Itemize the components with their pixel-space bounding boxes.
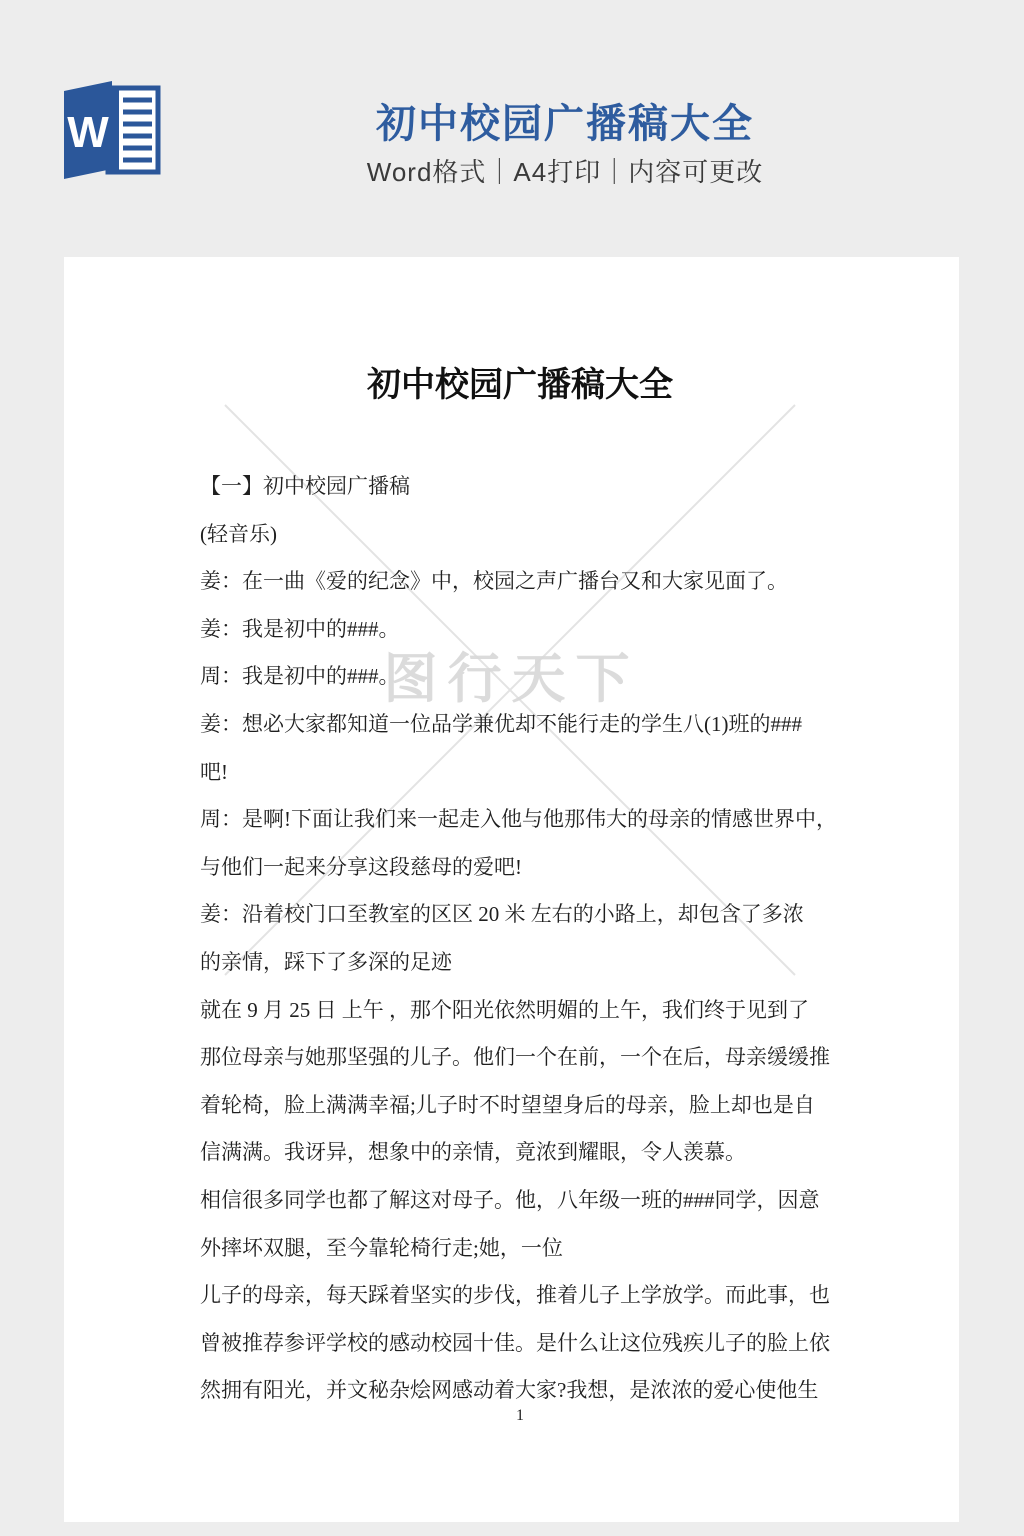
word-icon: W [62, 80, 162, 180]
body-line: 信满满。我讶异，想象中的亲情，竟浓到耀眼，令人羡慕。 [200, 1129, 844, 1177]
body-line: 姜：我是初中的###。 [200, 606, 844, 654]
body-line: 相信很多同学也都了解这对母子。他，八年级一班的###同学，因意 [200, 1177, 844, 1225]
screen: W 初中校园广播稿大全 Word格式｜A4打印｜内容可更改 图行天下 初中校园广… [0, 0, 1024, 1536]
body-line: 那位母亲与她那坚强的儿子。他们一个在前，一个在后，母亲缓缓推 [200, 1034, 844, 1082]
body-line: 姜：沿着校门口至教室的区区 20 米 左右的小路上，却包含了多浓 [200, 891, 844, 939]
body-line: (轻音乐) [200, 511, 844, 559]
body-line: 着轮椅，脸上满满幸福;儿子时不时望望身后的母亲，脸上却也是自 [200, 1082, 844, 1130]
body-line: 就在 9 月 25 日 上午 ，那个阳光依然明媚的上午，我们终于见到了 [200, 987, 844, 1035]
page-number: 1 [200, 1407, 840, 1425]
header-title: 初中校园广播稿大全 [165, 92, 965, 149]
word-icon-letter: W [67, 108, 109, 157]
body-line: 姜：在一曲《爱的纪念》中，校园之声广播台又和大家见面了。 [200, 558, 844, 606]
body-line: 【一】初中校园广播稿 [200, 463, 844, 511]
body-line: 的亲情，踩下了多深的足迹 [200, 939, 844, 987]
body-line: 儿子的母亲，每天踩着坚实的步伐，推着儿子上学放学。而此事，也 [200, 1272, 844, 1320]
site-header: W 初中校园广播稿大全 Word格式｜A4打印｜内容可更改 [0, 0, 1024, 257]
document-title: 初中校园广播稿大全 [200, 357, 840, 406]
body-line: 与他们一起来分享这段慈母的爱吧! [200, 844, 844, 892]
body-line: 曾被推荐参评学校的感动校园十佳。是什么让这位残疾儿子的脸上依 [200, 1320, 844, 1368]
document-body: 【一】初中校园广播稿(轻音乐)姜：在一曲《爱的纪念》中，校园之声广播台又和大家见… [200, 463, 844, 1415]
body-line: 周：我是初中的###。 [200, 653, 844, 701]
header-subtitle: Word格式｜A4打印｜内容可更改 [165, 152, 965, 189]
document-page: 图行天下 初中校园广播稿大全 【一】初中校园广播稿(轻音乐)姜：在一曲《爱的纪念… [64, 257, 959, 1522]
body-line: 周：是啊!下面让我们来一起走入他与他那伟大的母亲的情感世界中， [200, 796, 844, 844]
body-line: 外摔坏双腿，至今靠轮椅行走;她，一位 [200, 1225, 844, 1273]
body-line: 吧! [200, 749, 844, 797]
body-line: 姜：想必大家都知道一位品学兼优却不能行走的学生八(1)班的### [200, 701, 844, 749]
